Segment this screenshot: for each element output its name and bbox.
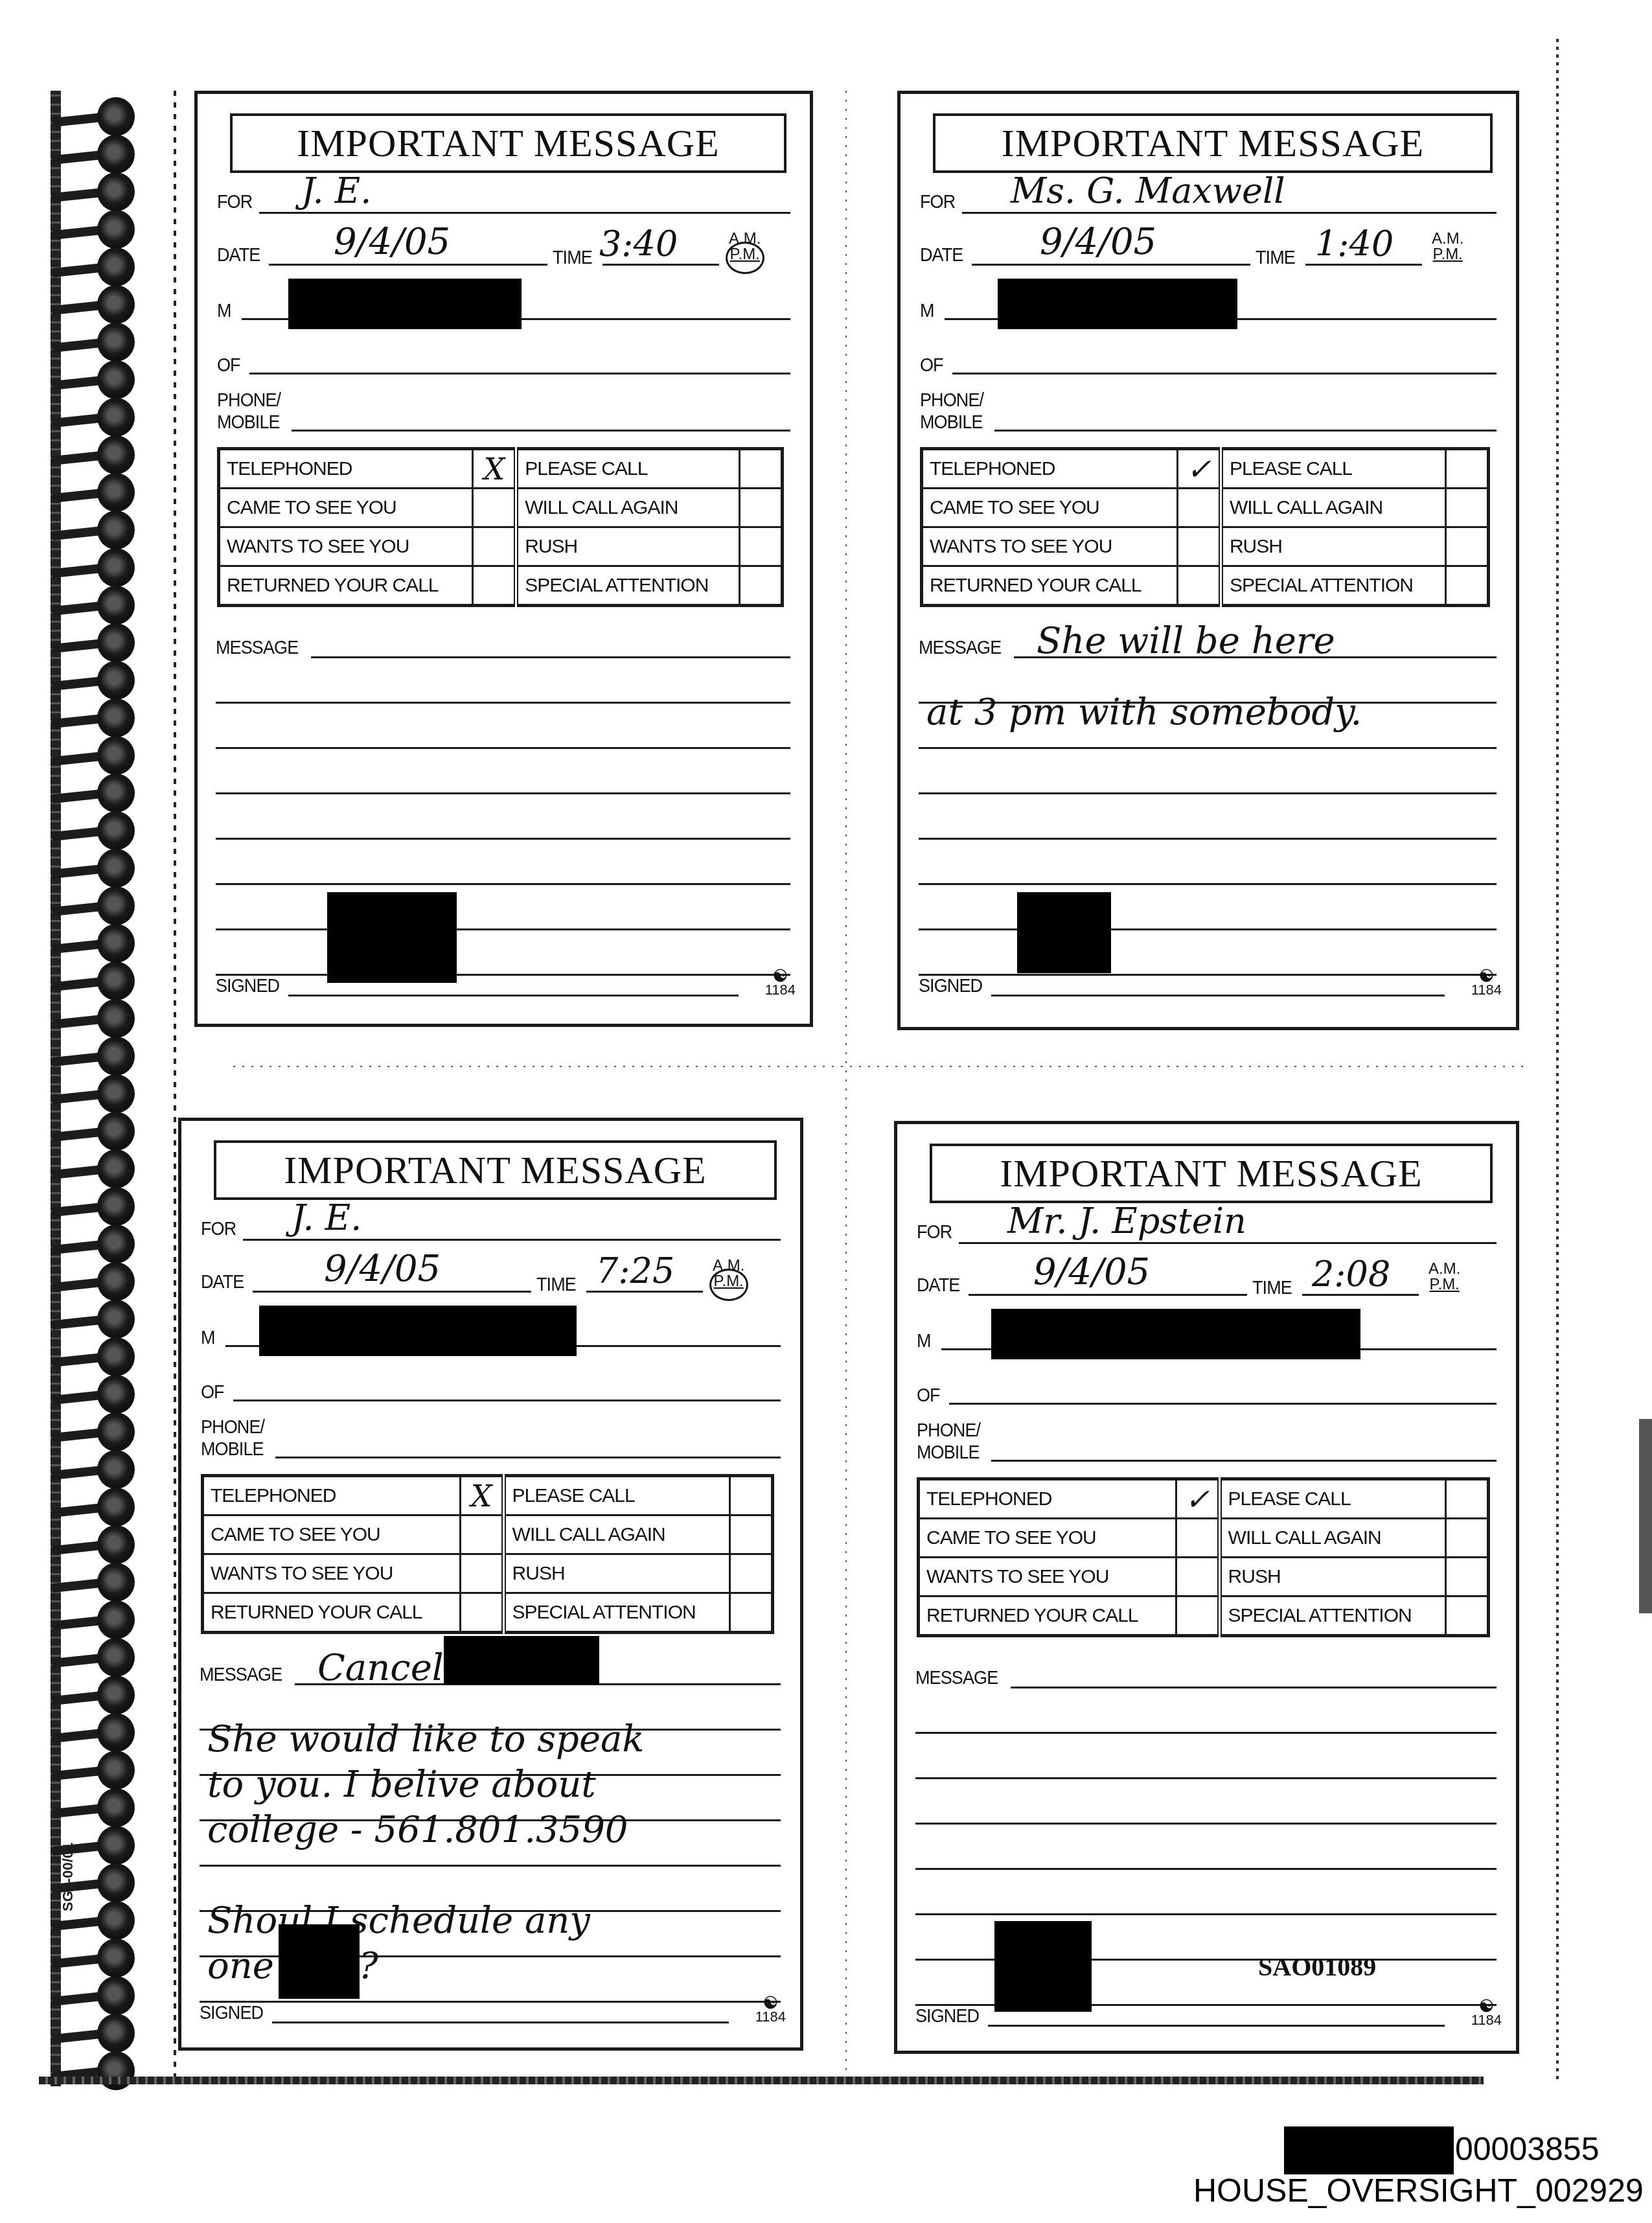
redaction-from	[998, 279, 1237, 329]
message-line	[919, 928, 1497, 930]
checklist-label-telephoned: TELEPHONED	[919, 1479, 1176, 1519]
checklist-label-returned-your-call: RETURNED YOUR CALL	[922, 566, 1178, 606]
redaction-signature	[327, 892, 457, 983]
checkbox-special-attention[interactable]	[1446, 1596, 1489, 1636]
message-line	[200, 2001, 781, 2003]
checkbox-please-call[interactable]	[1446, 1479, 1489, 1519]
am-label: A.M.	[1432, 231, 1463, 247]
message-slip-top-right: IMPORTANT MESSAGEFORMs. G. MaxwellDATE9/…	[897, 91, 1519, 1030]
checklist-label-rush: RUSH	[1221, 527, 1445, 566]
checklist-label-came-to-see-you: CAME TO SEE YOU	[922, 489, 1178, 527]
from-label: M	[217, 300, 231, 322]
mobile-label: MOBILE	[917, 1442, 980, 1464]
date-field[interactable]: 9/4/05	[1033, 1251, 1150, 1293]
page-right-edge	[1556, 39, 1559, 2080]
perforation-line	[174, 91, 176, 2080]
checklist-label-will-call-again: WILL CALL AGAIN	[503, 1515, 729, 1554]
spiral-coil-icon	[52, 398, 126, 437]
checkbox-returned-your-call[interactable]	[1176, 1596, 1219, 1636]
message-text-line[interactable]: to you. I belive about	[207, 1764, 596, 1806]
checklist-label-returned-your-call: RETURNED YOUR CALL	[219, 566, 473, 606]
spiral-coil-icon	[52, 849, 126, 888]
checklist-label-please-call: PLEASE CALL	[503, 1476, 729, 1515]
spiral-coil-icon	[52, 210, 126, 249]
for-field[interactable]: Mr. J. Epstein	[1007, 1201, 1246, 1241]
spiral-coil-icon	[52, 661, 126, 700]
for-field[interactable]: J. E.	[301, 170, 371, 211]
message-line	[216, 747, 790, 749]
checklist-label-rush: RUSH	[503, 1554, 729, 1593]
spiral-coil-icon	[52, 1976, 126, 2015]
message-line	[216, 928, 790, 930]
of-label: OF	[217, 354, 240, 376]
phone-label: PHONE/	[201, 1416, 264, 1438]
spiral-coil-icon	[52, 1676, 126, 1714]
checkbox-came-to-see-you[interactable]	[1176, 1519, 1219, 1558]
pm-circled-mark	[709, 1269, 748, 1301]
form-logo-icon: ☯	[1471, 1999, 1502, 2013]
form-number-text: 1184	[1471, 2012, 1502, 2028]
message-label: MESSAGE	[216, 637, 298, 659]
message-line	[216, 792, 790, 794]
message-line	[1011, 1687, 1497, 1688]
time-field[interactable]: 7:25	[596, 1250, 674, 1291]
spiral-coil-icon	[52, 774, 126, 812]
spiral-coil-icon	[52, 1225, 126, 1263]
redaction-signature	[279, 1924, 360, 1999]
checkbox-rush[interactable]	[730, 1554, 773, 1593]
signed-label: SIGNED	[200, 2002, 263, 2024]
time-label: TIME	[1256, 247, 1295, 269]
form-number: ☯1184	[755, 1996, 786, 2024]
form-number-text: 1184	[765, 982, 796, 998]
checkbox-will-call-again[interactable]	[1446, 1519, 1489, 1558]
message-line	[915, 1823, 1497, 1825]
redaction-footer	[1284, 2126, 1454, 2174]
phone-line	[292, 430, 790, 432]
checklist-label-will-call-again: WILL CALL AGAIN	[516, 489, 740, 527]
message-label: MESSAGE	[919, 637, 1001, 659]
phone-label: PHONE/	[917, 1420, 980, 1442]
checkbox-will-call-again[interactable]	[740, 489, 783, 527]
spiral-coil-icon	[52, 360, 126, 399]
checklist-label-wants-to-see-you: WANTS TO SEE YOU	[922, 527, 1178, 566]
form-number-text: 1184	[1471, 982, 1502, 998]
spiral-coil-icon	[52, 473, 126, 512]
mobile-label: MOBILE	[920, 411, 983, 433]
spiral-coil-icon	[52, 623, 126, 662]
checklist-label-special-attention: SPECIAL ATTENTION	[1219, 1596, 1445, 1636]
form-logo-icon: ☯	[1471, 969, 1502, 983]
message-label: MESSAGE	[200, 1664, 282, 1686]
card-separator-vertical	[845, 91, 847, 2073]
checklist-label-will-call-again: WILL CALL AGAIN	[1219, 1519, 1445, 1558]
spiral-coil-icon	[52, 1450, 126, 1489]
message-line	[915, 1913, 1497, 1915]
spiral-coil-icon	[52, 1187, 126, 1226]
checklist-label-please-call: PLEASE CALL	[1219, 1479, 1445, 1519]
spiral-coil-icon	[52, 1337, 126, 1376]
redaction-signature	[994, 1921, 1092, 2012]
date-field[interactable]: 9/4/05	[1040, 221, 1156, 263]
checklist-label-wants-to-see-you: WANTS TO SEE YOU	[919, 1558, 1176, 1596]
spiral-coil-icon	[52, 698, 126, 737]
checklist-label-rush: RUSH	[516, 527, 740, 566]
message-type-checklist: TELEPHONEDXPLEASE CALLCAME TO SEE YOUWIL…	[201, 1474, 774, 1634]
checklist-label-will-call-again: WILL CALL AGAIN	[1221, 489, 1445, 527]
spiral-coil-icon	[52, 1262, 126, 1301]
for-label: FOR	[917, 1221, 952, 1243]
for-line	[959, 1242, 1497, 1244]
date-label: DATE	[217, 244, 260, 266]
checkbox-came-to-see-you[interactable]	[460, 1515, 503, 1554]
checkbox-telephoned[interactable]: X	[460, 1476, 503, 1515]
date-label: DATE	[917, 1274, 959, 1296]
spine-code: SG1-00/01	[60, 1843, 76, 1911]
message-line	[919, 747, 1497, 749]
date-label: DATE	[201, 1271, 244, 1293]
for-field[interactable]: J. E.	[292, 1197, 361, 1238]
checklist-label-returned-your-call: RETURNED YOUR CALL	[919, 1596, 1176, 1636]
of-line	[249, 373, 790, 374]
spiral-coil-icon	[52, 1713, 126, 1752]
pm-label: P.M.	[1428, 1277, 1460, 1293]
form-title: IMPORTANT MESSAGE	[933, 113, 1493, 173]
form-logo-icon: ☯	[755, 1996, 786, 2010]
scan-shadow	[1639, 1419, 1652, 1613]
spiral-coil-icon	[52, 886, 126, 925]
message-text-line[interactable]: at 3 pm with somebody.	[926, 691, 1362, 733]
form-title: IMPORTANT MESSAGE	[930, 1144, 1493, 1203]
redaction-message	[444, 1636, 599, 1685]
am-label: A.M.	[1428, 1261, 1460, 1277]
spiral-coil-icon	[52, 548, 126, 587]
message-type-checklist: TELEPHONEDXPLEASE CALLCAME TO SEE YOUWIL…	[217, 447, 784, 607]
phone-label: PHONE/	[920, 389, 983, 411]
checkbox-rush[interactable]	[1446, 1558, 1489, 1596]
checklist-label-telephoned: TELEPHONED	[219, 449, 473, 489]
spiral-coil-icon	[52, 1375, 126, 1414]
message-slip-bottom-left: IMPORTANT MESSAGEFORJ. E.DATE9/4/05TIME7…	[178, 1118, 803, 2051]
spiral-coil-icon	[52, 1788, 126, 1827]
checklist-label-telephoned: TELEPHONED	[203, 1476, 461, 1515]
phone-line	[991, 1460, 1497, 1462]
checkbox-telephoned[interactable]: ✓	[1177, 449, 1221, 489]
checklist-label-please-call: PLEASE CALL	[1221, 449, 1445, 489]
message-type-checklist: TELEPHONED✓PLEASE CALLCAME TO SEE YOUWIL…	[920, 447, 1490, 607]
time-field[interactable]: 2:08	[1312, 1254, 1390, 1295]
message-text-line[interactable]: Shoul I schedule any	[207, 1900, 590, 1942]
form-number: ☯1184	[765, 969, 796, 997]
spiral-coil-icon	[52, 1939, 126, 1977]
message-label: MESSAGE	[915, 1667, 998, 1689]
from-label: M	[920, 300, 934, 322]
date-line	[969, 1294, 1247, 1296]
checkbox-special-attention[interactable]	[1446, 566, 1489, 606]
phone-line	[275, 1457, 781, 1458]
for-line	[259, 212, 790, 214]
spiral-coil-icon	[52, 2051, 126, 2090]
spiral-coil-icon	[52, 172, 126, 211]
redaction-from	[259, 1306, 577, 1356]
spiral-coil-icon	[52, 1563, 126, 1602]
checkbox-wants-to-see-you[interactable]	[473, 527, 516, 566]
time-field[interactable]: 3:40	[599, 224, 678, 264]
checkbox-returned-your-call[interactable]	[473, 566, 516, 606]
spiral-coil-icon	[52, 962, 126, 1000]
date-line	[253, 1291, 531, 1293]
spiral-coil-icon	[52, 2014, 126, 2053]
message-line	[216, 702, 790, 704]
redaction-from	[991, 1309, 1360, 1359]
spiral-coil-icon	[52, 323, 126, 362]
form-title: IMPORTANT MESSAGE	[230, 113, 786, 173]
signed-line	[272, 2021, 729, 2023]
of-line	[952, 373, 1497, 374]
message-line	[216, 883, 790, 885]
message-line	[915, 1777, 1497, 1779]
message-line	[919, 838, 1497, 840]
phone-line	[994, 430, 1497, 432]
checkbox-came-to-see-you[interactable]	[473, 489, 516, 527]
for-label: FOR	[920, 191, 955, 213]
date-line	[269, 264, 547, 266]
signed-line	[991, 995, 1445, 996]
message-line	[919, 883, 1497, 885]
checkbox-please-call[interactable]	[1446, 449, 1489, 489]
checkbox-rush[interactable]	[740, 527, 783, 566]
checklist-label-came-to-see-you: CAME TO SEE YOU	[203, 1515, 461, 1554]
message-slip-bottom-right: IMPORTANT MESSAGEFORMr. J. EpsteinDATE9/…	[894, 1121, 1519, 2054]
for-label: FOR	[217, 191, 252, 213]
spiral-coil-icon	[52, 999, 126, 1038]
checkbox-came-to-see-you[interactable]	[1177, 489, 1221, 527]
checklist-label-special-attention: SPECIAL ATTENTION	[503, 1593, 729, 1633]
of-label: OF	[920, 354, 943, 376]
checkbox-telephoned[interactable]: X	[473, 449, 516, 489]
spiral-coil-icon	[52, 1638, 126, 1677]
signed-label: SIGNED	[915, 2005, 979, 2027]
redaction-from	[288, 279, 522, 329]
message-slip-top-left: IMPORTANT MESSAGEFORJ. E.DATE9/4/05TIME3…	[194, 91, 813, 1027]
spiral-coil-icon	[52, 435, 126, 474]
message-line	[200, 1865, 781, 1867]
date-field[interactable]: 9/4/05	[334, 221, 450, 263]
from-label: M	[917, 1330, 931, 1352]
message-text-line[interactable]: She would like to speak	[207, 1718, 644, 1760]
for-field[interactable]: Ms. G. Maxwell	[1011, 170, 1285, 211]
time-label: TIME	[536, 1274, 576, 1296]
checklist-label-returned-your-call: RETURNED YOUR CALL	[203, 1593, 461, 1633]
message-line	[311, 656, 790, 658]
message-text-line[interactable]: She will be here	[1037, 620, 1335, 662]
spiral-coil-icon	[52, 1412, 126, 1451]
spiral-coil-icon	[52, 285, 126, 324]
spiral-coil-icon	[52, 97, 126, 136]
spiral-coil-icon	[52, 924, 126, 963]
am-pm-indicator: A.M.P.M.	[1428, 1261, 1460, 1293]
message-line	[919, 792, 1497, 794]
signed-label: SIGNED	[919, 975, 982, 997]
checkbox-returned-your-call[interactable]	[1177, 566, 1221, 606]
for-label: FOR	[201, 1218, 236, 1240]
phone-label: PHONE/	[217, 389, 281, 411]
mobile-label: MOBILE	[201, 1438, 264, 1460]
message-line	[915, 1732, 1497, 1734]
date-label: DATE	[920, 244, 963, 266]
spiral-coil-icon	[52, 1074, 126, 1113]
pm-circled-mark	[726, 242, 764, 274]
form-title: IMPORTANT MESSAGE	[214, 1140, 777, 1200]
time-label: TIME	[553, 247, 592, 269]
message-line	[919, 974, 1497, 976]
checklist-label-special-attention: SPECIAL ATTENTION	[516, 566, 740, 606]
spiral-coil-icon	[52, 1600, 126, 1639]
spiral-coil-icon	[52, 1751, 126, 1790]
checklist-label-rush: RUSH	[1219, 1558, 1445, 1596]
footer-number: 00003855	[1455, 2130, 1599, 2168]
checkbox-wants-to-see-you[interactable]	[1176, 1558, 1219, 1596]
spiral-coil-icon	[52, 811, 126, 850]
checklist-label-wants-to-see-you: WANTS TO SEE YOU	[219, 527, 473, 566]
checkbox-wants-to-see-you[interactable]	[460, 1554, 503, 1593]
from-label: M	[201, 1327, 215, 1349]
spiral-coil-icon	[52, 1112, 126, 1151]
time-label: TIME	[1252, 1277, 1292, 1299]
checklist-label-came-to-see-you: CAME TO SEE YOU	[219, 489, 473, 527]
checkbox-please-call[interactable]	[740, 449, 783, 489]
redaction-signature	[1017, 892, 1111, 973]
checkbox-telephoned[interactable]: ✓	[1176, 1479, 1219, 1519]
checkbox-wants-to-see-you[interactable]	[1177, 527, 1221, 566]
am-pm-indicator: A.M.P.M.	[1432, 231, 1463, 262]
checklist-label-came-to-see-you: CAME TO SEE YOU	[919, 1519, 1176, 1558]
mobile-label: MOBILE	[217, 411, 280, 433]
date-line	[972, 264, 1250, 266]
checklist-label-special-attention: SPECIAL ATTENTION	[1221, 566, 1445, 606]
for-line	[962, 212, 1497, 214]
card-separator	[233, 1066, 1529, 1067]
checkbox-please-call[interactable]	[730, 1476, 773, 1515]
spiral-coil-icon	[52, 1149, 126, 1188]
checkbox-special-attention[interactable]	[740, 566, 783, 606]
spiral-coil-icon	[52, 1525, 126, 1564]
checkbox-returned-your-call[interactable]	[460, 1593, 503, 1633]
form-logo-icon: ☯	[765, 969, 796, 983]
message-type-checklist: TELEPHONED✓PLEASE CALLCAME TO SEE YOUWIL…	[917, 1477, 1490, 1637]
of-line	[949, 1403, 1497, 1405]
spiral-coil-icon	[52, 1488, 126, 1526]
message-line	[915, 1868, 1497, 1870]
signed-line	[288, 995, 739, 996]
checklist-label-please-call: PLEASE CALL	[516, 449, 740, 489]
checklist-label-wants-to-see-you: WANTS TO SEE YOU	[203, 1554, 461, 1593]
footer-id: HOUSE_OVERSIGHT_002929	[1193, 2172, 1644, 2209]
bates-stamp: SAO01089	[1258, 1952, 1376, 1982]
of-line	[233, 1399, 781, 1401]
form-number: ☯1184	[1471, 969, 1502, 997]
spiral-coil-icon	[52, 586, 126, 625]
pm-label: P.M.	[1432, 247, 1463, 262]
spiral-coil-icon	[52, 248, 126, 286]
spiral-coil-icon	[52, 736, 126, 775]
spiral-coil-icon	[52, 135, 126, 174]
signed-line	[988, 2025, 1445, 2027]
of-label: OF	[917, 1385, 940, 1407]
form-number: ☯1184	[1471, 1999, 1502, 2027]
checklist-label-telephoned: TELEPHONED	[922, 449, 1178, 489]
spiral-coil-icon	[52, 1300, 126, 1339]
message-line	[216, 838, 790, 840]
date-field[interactable]: 9/4/05	[324, 1248, 441, 1290]
for-line	[243, 1239, 781, 1241]
spiral-coil-icon	[52, 511, 126, 549]
signed-label: SIGNED	[216, 975, 279, 997]
form-number-text: 1184	[755, 2009, 786, 2025]
time-field[interactable]: 1:40	[1315, 224, 1394, 264]
page-bottom-edge	[39, 2077, 1484, 2084]
checkbox-special-attention[interactable]	[730, 1593, 773, 1633]
of-label: OF	[201, 1381, 224, 1403]
message-text-line[interactable]: college - 561.801.3590	[207, 1809, 628, 1851]
spiral-coil-icon	[52, 1037, 126, 1076]
checkbox-will-call-again[interactable]	[730, 1515, 773, 1554]
checkbox-will-call-again[interactable]	[1446, 489, 1489, 527]
message-line	[216, 974, 790, 976]
checkbox-rush[interactable]	[1446, 527, 1489, 566]
